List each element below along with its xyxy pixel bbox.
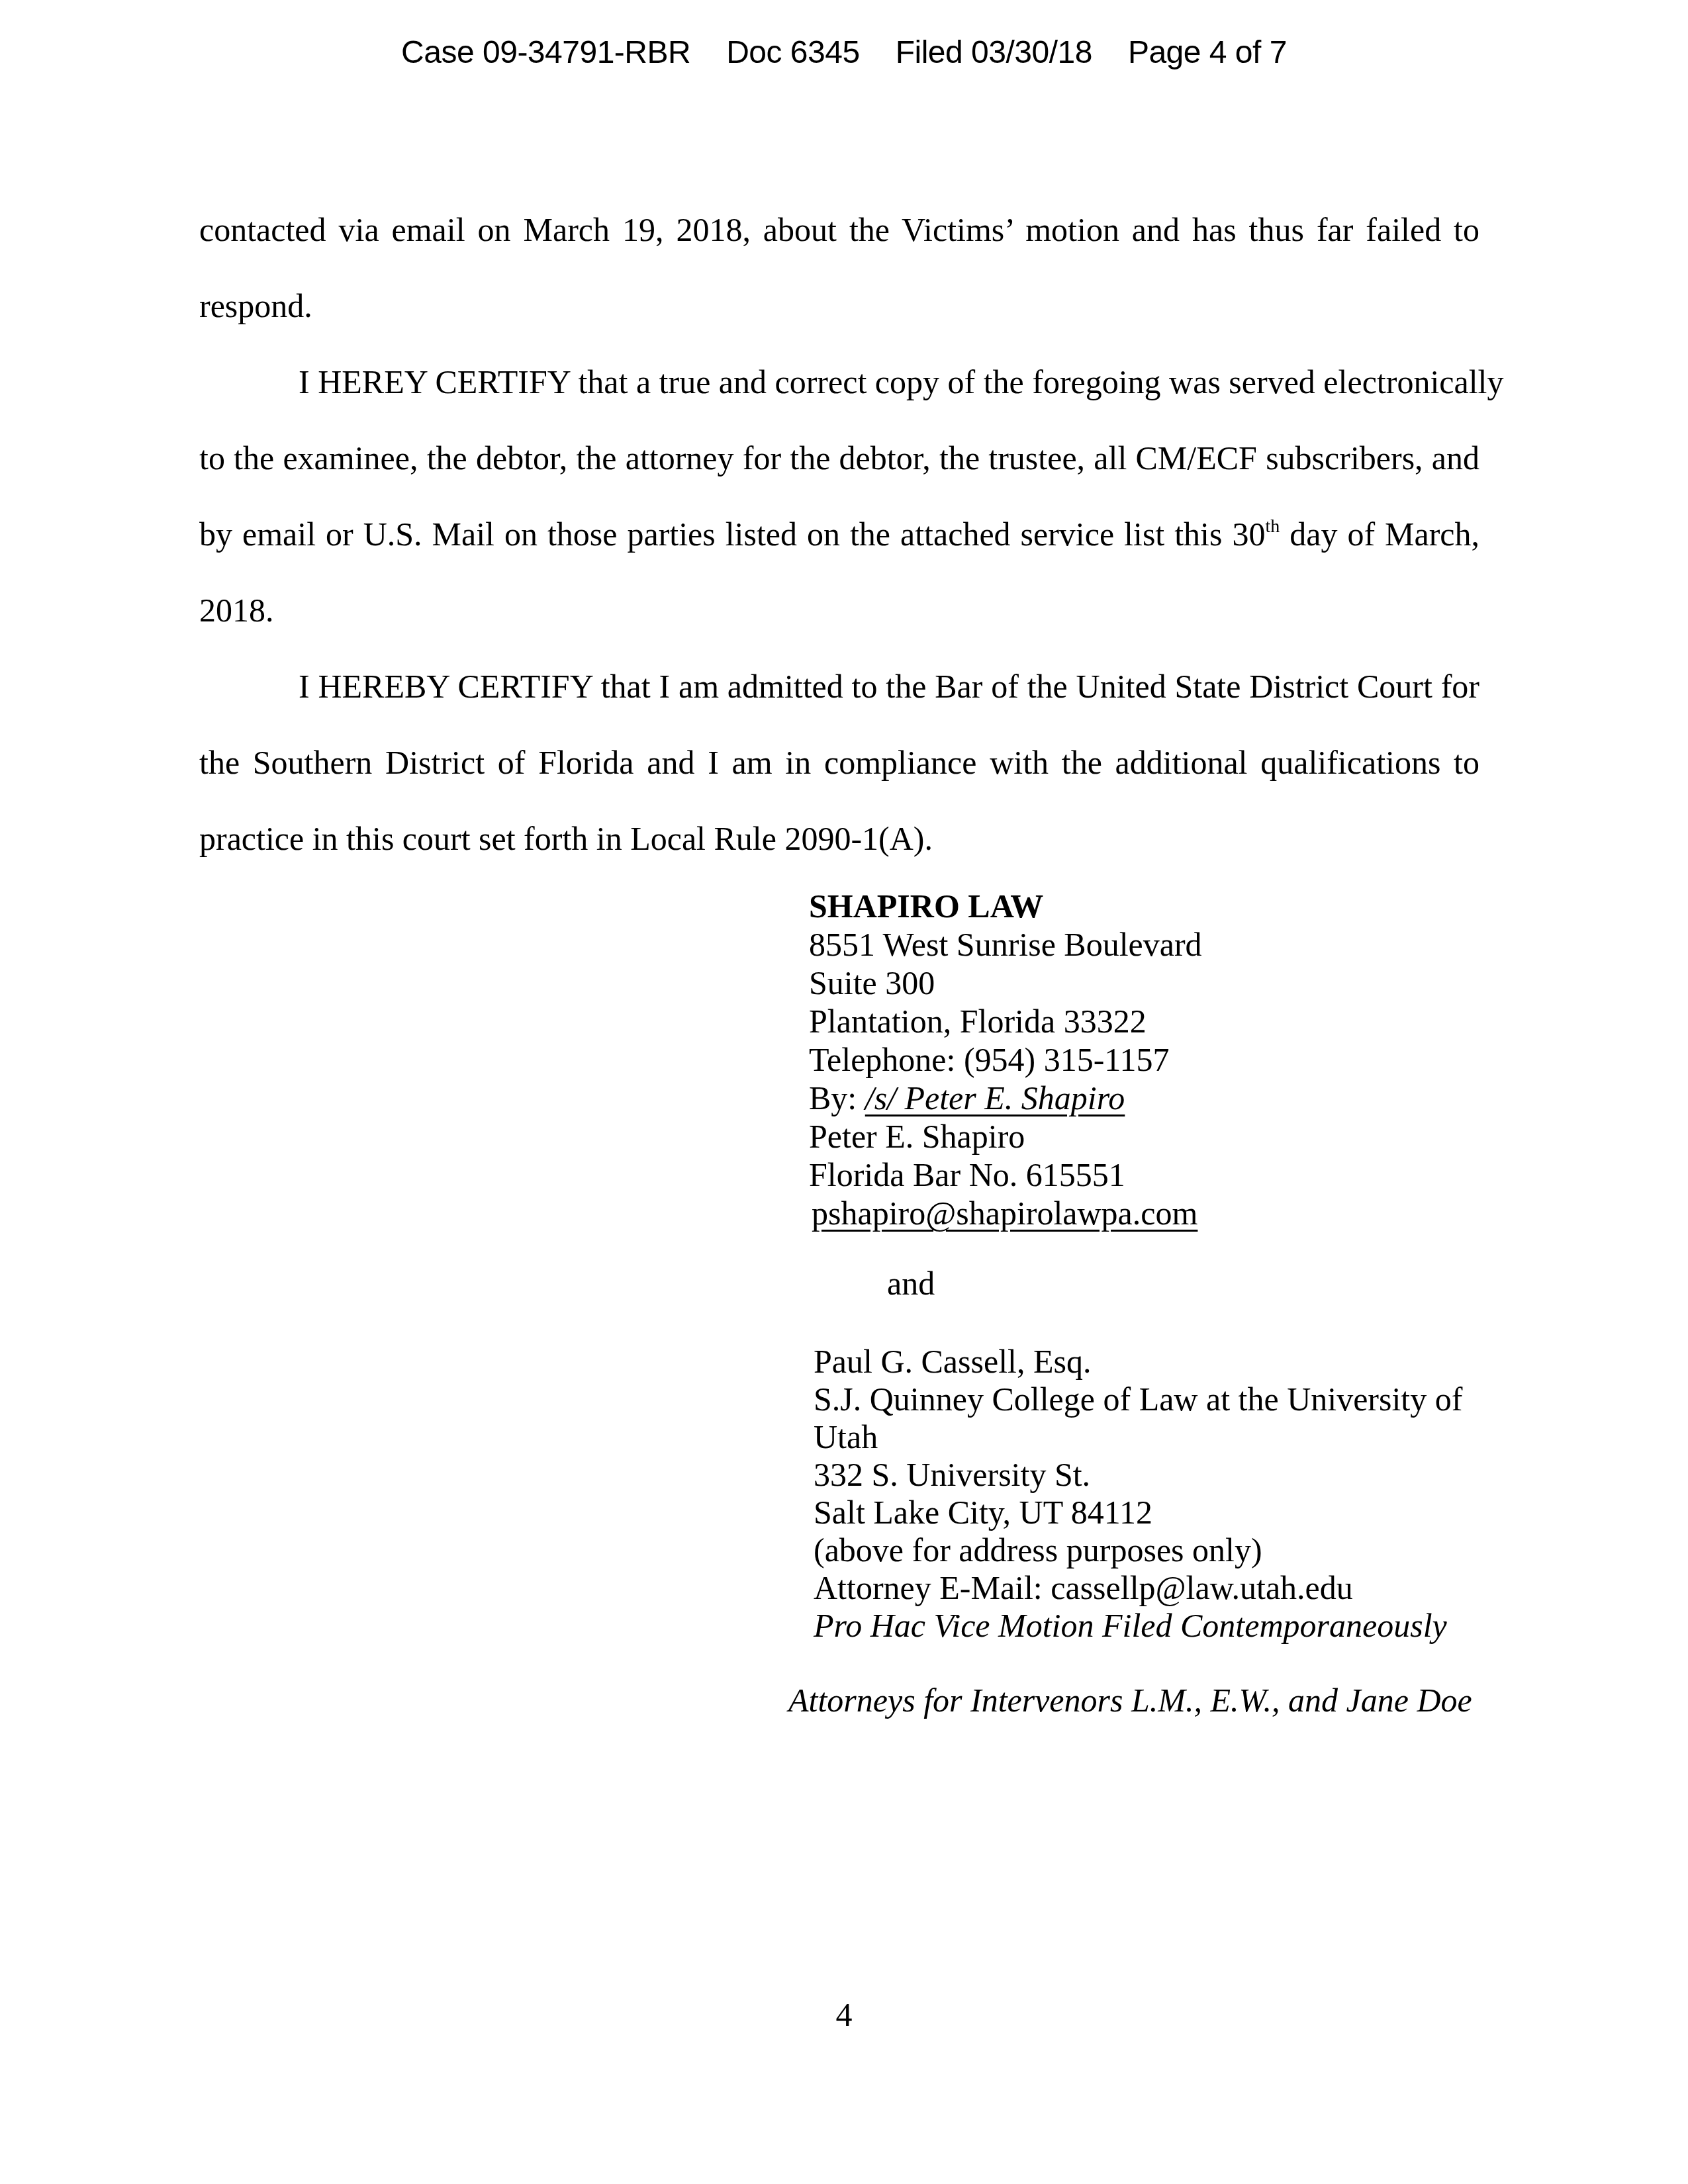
cocounsel-institution-cont: Utah: [814, 1418, 1462, 1456]
firm-address-line1: 8551 West Sunrise Boulevard: [809, 925, 1202, 964]
text-segment: day of March,: [1280, 516, 1479, 553]
by-label: By:: [809, 1079, 865, 1116]
case-number: Case 09-34791-RBR: [401, 35, 690, 70]
cocounsel-block: Paul G. Cassell, Esq. S.J. Quinney Colle…: [814, 1343, 1462, 1645]
firm-city: Plantation, Florida 33322: [809, 1002, 1202, 1040]
text-line: practice in this court set forth in Loca…: [199, 801, 1479, 877]
body-text: contacted via email on March 19, 2018, a…: [199, 192, 1479, 877]
ordinal-suffix: th: [1265, 516, 1280, 537]
text-line: I HEREBY CERTIFY that I am admitted to t…: [199, 649, 1479, 725]
attorneys-for-line: Attorneys for Intervenors L.M., E.W., an…: [788, 1681, 1472, 1719]
cocounsel-address-note: (above for address purposes only): [814, 1531, 1462, 1569]
text-line: by email or U.S. Mail on those parties l…: [199, 496, 1479, 572]
pro-hac-vice-note: Pro Hac Vice Motion Filed Contemporaneou…: [814, 1607, 1462, 1645]
bar-number: Florida Bar No. 615551: [809, 1156, 1202, 1194]
conjunction-and: and: [887, 1264, 935, 1302]
signature-block: SHAPIRO LAW 8551 West Sunrise Boulevard …: [809, 887, 1202, 1232]
paragraph-bar-admission: I HEREBY CERTIFY that I am admitted to t…: [199, 649, 1479, 877]
text-line: to the examinee, the debtor, the attorne…: [199, 420, 1479, 496]
text-line: respond.: [199, 268, 1479, 344]
page-number: 4: [0, 1995, 1688, 2034]
signature-line: By: /s/ Peter E. Shapiro: [809, 1079, 1202, 1117]
firm-name: SHAPIRO LAW: [809, 887, 1202, 925]
firm-address-line2: Suite 300: [809, 964, 1202, 1002]
text-line: 2018.: [199, 572, 1479, 649]
document-page: Case 09-34791-RBRDoc 6345Filed 03/30/18P…: [0, 0, 1688, 2184]
firm-telephone: Telephone: (954) 315-1157: [809, 1040, 1202, 1079]
paragraph-continuation: contacted via email on March 19, 2018, a…: [199, 192, 1479, 344]
cocounsel-street: 332 S. University St.: [814, 1456, 1462, 1494]
cocounsel-institution: S.J. Quinney College of Law at the Unive…: [814, 1381, 1462, 1418]
text-line: the Southern District of Florida and I a…: [199, 725, 1479, 801]
cocounsel-name: Paul G. Cassell, Esq.: [814, 1343, 1462, 1381]
filed-date: Filed 03/30/18: [896, 35, 1092, 70]
attorney-name: Peter E. Shapiro: [809, 1117, 1202, 1156]
attorney-email-link[interactable]: pshapiro@shapirolawpa.com: [809, 1194, 1202, 1232]
document-number: Doc 6345: [726, 35, 859, 70]
court-filing-header: Case 09-34791-RBRDoc 6345Filed 03/30/18P…: [0, 34, 1688, 71]
paragraph-certificate-of-service: I HEREY CERTIFY that a true and correct …: [199, 344, 1479, 649]
page-indicator: Page 4 of 7: [1128, 35, 1287, 70]
text-line: I HEREY CERTIFY that a true and correct …: [199, 344, 1479, 420]
text-line: contacted via email on March 19, 2018, a…: [199, 192, 1479, 268]
cocounsel-city: Salt Lake City, UT 84112: [814, 1494, 1462, 1531]
cocounsel-email: Attorney E-Mail: cassellp@law.utah.edu: [814, 1569, 1462, 1607]
text-segment: by email or U.S. Mail on those parties l…: [199, 516, 1265, 553]
electronic-signature: /s/ Peter E. Shapiro: [865, 1079, 1125, 1116]
